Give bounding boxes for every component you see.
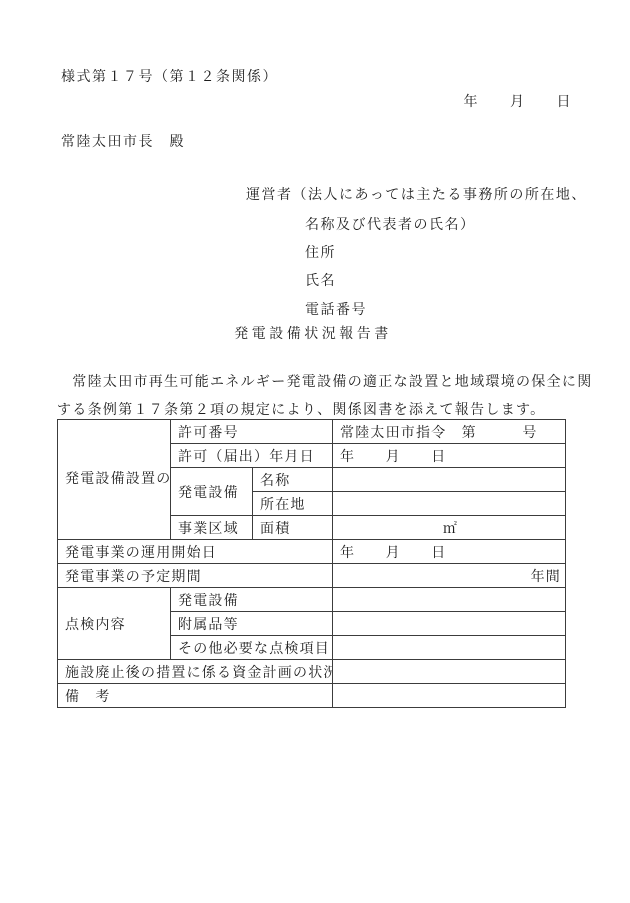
cell-inspection-accessories-label: 附属品等 [171,612,333,636]
cell-permit-date-value: 年 月 日 [333,444,566,468]
operator-heading: 運営者（法人にあっては主たる事務所の所在地、 [246,184,587,204]
document-title: 発電設備状況報告書 [0,323,626,343]
cell-operation-start-label: 発電事業の運用開始日 [58,540,333,564]
cell-business-area-label: 事業区域 [171,516,253,540]
date-line: 年 月 日 [464,91,573,111]
operator-name-label: 氏名 [305,268,476,296]
body-paragraph: 常陸太田市再生可能エネルギー発電設備の適正な設置と地域環境の保全に関 する条例第… [57,369,593,424]
operator-heading-continued: 名称及び代表者の氏名） [305,212,476,240]
cell-permit-section-label: 発電設備設置の 許可 [58,420,171,540]
operator-address-label: 住所 [305,240,476,268]
table-row: 発電設備設置の 許可 許可番号 常陸太田市指令 第 号 [58,420,566,444]
cell-remarks-value [333,684,566,708]
cell-facility-location-label: 所在地 [253,492,333,516]
table-row: 発電事業の運用開始日 年 月 日 [58,540,566,564]
cell-permit-number-value: 常陸太田市指令 第 号 [333,420,566,444]
cell-inspection-other-label: その他必要な点検項目 [171,636,333,660]
form-number: 様式第１７号（第１２条関係） [61,66,278,86]
cell-inspection-accessories-value [333,612,566,636]
cell-inspection-facility-label: 発電設備 [171,588,333,612]
cell-facility-name-label: 名称 [253,468,333,492]
addressee: 常陸太田市長 殿 [61,131,185,151]
cell-permit-number-label: 許可番号 [171,420,333,444]
cell-remarks-label: 備 考 [58,684,333,708]
cell-permit-date-label: 許可（届出）年月日 [171,444,333,468]
cell-fund-plan-value [333,660,566,684]
cell-planned-period-value: 年間 [333,564,566,588]
cell-facility-location-value [333,492,566,516]
table-row: 施設廃止後の措置に係る資金計画の状況 [58,660,566,684]
table-row: 点検内容 発電設備 [58,588,566,612]
cell-operation-start-value: 年 月 日 [333,540,566,564]
cell-fund-plan-label: 施設廃止後の措置に係る資金計画の状況 [58,660,333,684]
operator-block: 名称及び代表者の氏名） 住所 氏名 電話番号 [305,212,476,325]
cell-planned-period-label: 発電事業の予定期間 [58,564,333,588]
table-row: 発電事業の予定期間 年間 [58,564,566,588]
cell-facility-label: 発電設備 [171,468,253,516]
operator-phone-label: 電話番号 [305,297,476,325]
cell-area-label: 面積 [253,516,333,540]
cell-inspection-other-value [333,636,566,660]
body-line: 常陸太田市再生可能エネルギー発電設備の適正な設置と地域環境の保全に関 [57,369,593,397]
cell-facility-name-value [333,468,566,492]
document-page: 様式第１７号（第１２条関係） 年 月 日 常陸太田市長 殿 運営者（法人にあって… [0,0,630,903]
cell-inspection-facility-value [333,588,566,612]
table-row: 備 考 [58,684,566,708]
cell-inspection-label: 点検内容 [58,588,171,660]
cell-area-value: ㎡ [333,516,566,540]
report-table: 発電設備設置の 許可 許可番号 常陸太田市指令 第 号 許可（届出）年月日 年 … [57,419,566,708]
